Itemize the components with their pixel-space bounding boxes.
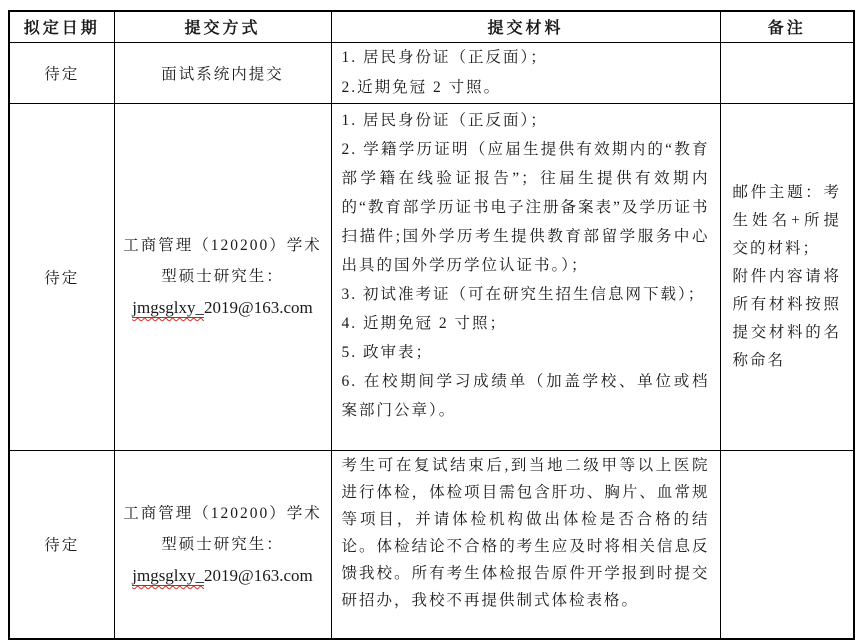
material-item: 4. 近期免冠 2 寸照； xyxy=(342,309,710,338)
material-item: 考生可在复试结束后,到当地二级甲等以上医院进行体检，体检项目需包含肝功、胸片、血… xyxy=(342,452,710,614)
method-cell: 工商管理（120200）学术型硕士研究生： jmgsglxy_2019@163.… xyxy=(114,450,331,639)
email-flagged-part: jmgsglxy_ xyxy=(132,566,204,586)
method-cell: 工商管理（120200）学术型硕士研究生： jmgsglxy_2019@163.… xyxy=(114,103,331,450)
table-row: 待定 面试系统内提交 1. 居民身份证（正反面）； 2.近期免冠 2 寸照。 xyxy=(9,42,854,103)
method-program-line: 工商管理（120200）学术型硕士研究生： xyxy=(121,498,325,560)
planned-date-cell: 待定 xyxy=(9,103,114,450)
planned-date-cell: 待定 xyxy=(9,450,114,639)
note-paragraph: 附件内容请将所有材料按照提交材料的名称命名 xyxy=(733,263,842,375)
materials-cell: 1. 居民身份证（正反面）； 2. 学籍学历证明（应届生提供有效期内的“教育部学… xyxy=(331,103,720,450)
material-item: 1. 居民身份证（正反面）； xyxy=(342,106,710,135)
email-rest-part: 2019@163.com xyxy=(204,566,313,585)
table-row: 待定 工商管理（120200）学术型硕士研究生： jmgsglxy_2019@1… xyxy=(9,450,854,639)
header-row: 拟定日期 提交方式 提交材料 备注 xyxy=(9,11,854,42)
document-page: 拟定日期 提交方式 提交材料 备注 待定 面试系统内提交 1. 居民身份证（正反… xyxy=(0,0,860,643)
submission-schedule-table: 拟定日期 提交方式 提交材料 备注 待定 面试系统内提交 1. 居民身份证（正反… xyxy=(8,10,855,640)
materials-cell: 考生可在复试结束后,到当地二级甲等以上医院进行体检，体检项目需包含肝功、胸片、血… xyxy=(331,450,720,639)
material-item: 1. 居民身份证（正反面）； xyxy=(342,43,710,73)
header-planned-date: 拟定日期 xyxy=(9,11,114,42)
header-submission-method: 提交方式 xyxy=(114,11,331,42)
note-paragraph: 邮件主题：考生姓名+所提交的材料； xyxy=(733,179,842,263)
header-submission-materials: 提交材料 xyxy=(331,11,720,42)
email-flagged-part: jmgsglxy_ xyxy=(132,298,204,318)
method-cell: 面试系统内提交 xyxy=(114,42,331,103)
header-remarks: 备注 xyxy=(720,11,854,42)
planned-date-cell: 待定 xyxy=(9,42,114,103)
email-address: jmgsglxy_2019@163.com xyxy=(121,292,325,323)
email-address: jmgsglxy_2019@163.com xyxy=(121,560,325,591)
material-item: 3. 初试准考证（可在研究生招生信息网下载）； xyxy=(342,280,710,309)
materials-cell: 1. 居民身份证（正反面）； 2.近期免冠 2 寸照。 xyxy=(331,42,720,103)
note-cell xyxy=(720,450,854,639)
material-item: 6. 在校期间学习成绩单（加盖学校、单位或档案部门公章）。 xyxy=(342,367,710,425)
note-cell xyxy=(720,42,854,103)
email-rest-part: 2019@163.com xyxy=(204,298,313,317)
note-cell: 邮件主题：考生姓名+所提交的材料； 附件内容请将所有材料按照提交材料的名称命名 xyxy=(720,103,854,450)
method-program-line: 工商管理（120200）学术型硕士研究生： xyxy=(121,230,325,292)
material-item: 2.近期免冠 2 寸照。 xyxy=(342,73,710,103)
table-row: 待定 工商管理（120200）学术型硕士研究生： jmgsglxy_2019@1… xyxy=(9,103,854,450)
material-item: 2. 学籍学历证明（应届生提供有效期内的“教育部学籍在线验证报告”；往届生提供有… xyxy=(342,135,710,280)
material-item: 5. 政审表； xyxy=(342,338,710,367)
